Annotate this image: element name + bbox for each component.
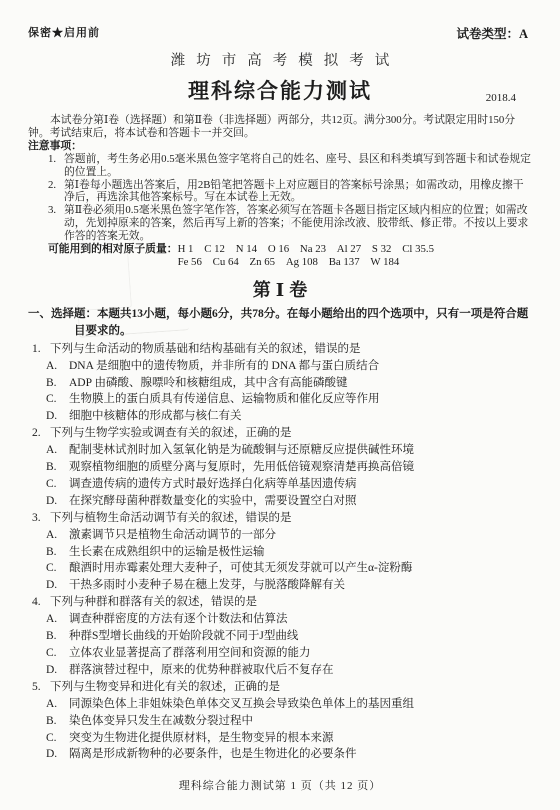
page-topbar: 保密★启用前 试卷类型：A: [0, 0, 560, 42]
note-item: 2. 第Ⅰ卷每小题选出答案后，用2B铅笔把答题卡上对应题目的答案标号涂黑；如需改…: [48, 179, 532, 205]
note-number: 1.: [48, 153, 64, 179]
exam-name: 潍坊市高考模拟考试: [0, 49, 560, 70]
question-stem: 3. 下列与植物生命活动调节有关的叙述，错误的是: [32, 510, 532, 527]
option-b: B. 观察植物细胞的质壁分离与复原时，先用低倍镜观察清楚再换高倍镜: [46, 459, 532, 476]
question-3: 3. 下列与植物生命活动调节有关的叙述，错误的是 A. 激素调节只是植物生命活动…: [28, 510, 532, 595]
title-row: 理科综合能力测试 2018.4: [0, 75, 560, 105]
option-text: 干热多雨时小麦种子易在穗上发芽，与脱落酸降解有关: [69, 577, 532, 594]
option-label: B.: [46, 459, 69, 476]
option-a: A. 配制斐林试剂时加入氢氧化钠是为硫酸铜与还原糖反应提供碱性环境: [46, 442, 532, 459]
option-label: C.: [46, 391, 69, 408]
option-label: A.: [46, 442, 69, 459]
option-label: B.: [46, 628, 69, 645]
question-number: 5.: [32, 679, 50, 696]
question-text: 下列与生物学实验或调查有关的叙述，正确的是: [50, 425, 532, 442]
question-text: 下列与生物变异和进化有关的叙述，正确的是: [50, 679, 532, 696]
option-text: 调查种群密度的方法有逐个计数法和估算法: [69, 611, 532, 628]
question-5: 5. 下列与生物变异和进化有关的叙述，正确的是 A. 同源染色体上非姐妹染色单体…: [28, 679, 532, 764]
page-footer: 理科综合能力测试第 1 页（共 12 页）: [0, 777, 560, 793]
option-a: A. 调查种群密度的方法有逐个计数法和估算法: [46, 611, 532, 628]
question-text: 下列与生命活动的物质基础和结构基础有关的叙述，错误的是: [50, 341, 532, 358]
note-text: 第Ⅱ卷必须用0.5毫米黑色签字笔作答，答案必须写在答题卡各题目指定区域内相应的位…: [64, 204, 532, 243]
option-text: 染色体变异只发生在减数分裂过程中: [69, 713, 532, 730]
option-label: C.: [46, 730, 69, 747]
option-label: D.: [46, 662, 69, 679]
security-notice: 保密★启用前: [28, 24, 100, 40]
question-text: 下列与种群和群落有关的叙述，错误的是: [50, 594, 532, 611]
atomic-mass-line2: Fe 56 Cu 64 Zn 65 Ag 108 Ba 137 W 184: [178, 256, 434, 269]
option-c: C. 生物膜上的蛋白质具有传递信息、运输物质和催化反应等作用: [46, 391, 532, 408]
exam-paper-page: 保密★启用前 试卷类型：A 潍坊市高考模拟考试 理科综合能力测试 2018.4 …: [0, 0, 560, 810]
atomic-mass-label: 可能用到的相对原子质量：: [48, 243, 178, 269]
option-text: 突变为生物进化提供原材料，是生物变异的根本来源: [69, 730, 532, 747]
option-c: C. 突变为生物进化提供原材料，是生物变异的根本来源: [46, 730, 532, 747]
question-stem: 5. 下列与生物变异和进化有关的叙述，正确的是: [32, 679, 532, 696]
option-text: 隔离是形成新物种的必要条件，也是生物进化的必要条件: [69, 746, 532, 763]
option-text: 生物膜上的蛋白质具有传递信息、运输物质和催化反应等作用: [69, 391, 532, 408]
section1-title: 第Ⅰ卷: [0, 276, 560, 302]
note-text: 第Ⅰ卷每小题选出答案后，用2B铅笔把答题卡上对应题目的答案标号涂黑；如需改动，用…: [64, 179, 532, 205]
question-number: 3.: [32, 510, 50, 527]
option-text: DNA 是细胞中的遗传物质，并非所有的 DNA 都与蛋白质结合: [69, 358, 532, 375]
option-c: C. 酿酒时用赤霉素处理大麦种子，可使其无须发芽就可以产生α-淀粉酶: [46, 560, 532, 577]
option-b: B. 生长素在成熟组织中的运输是极性运输: [46, 544, 532, 561]
option-text: ADP 由磷酸、腺嘌呤和核糖组成，其中含有高能磷酸键: [69, 375, 532, 392]
option-text: 酿酒时用赤霉素处理大麦种子，可使其无须发芽就可以产生α-淀粉酶: [69, 560, 532, 577]
question-2: 2. 下列与生物学实验或调查有关的叙述，正确的是 A. 配制斐林试剂时加入氢氧化…: [28, 425, 532, 510]
option-text: 在探究酵母菌种群数量变化的实验中，需要设置空白对照: [69, 493, 532, 510]
option-d: D. 干热多雨时小麦种子易在穗上发芽，与脱落酸降解有关: [46, 577, 532, 594]
option-text: 细胞中核糖体的形成都与核仁有关: [69, 408, 532, 425]
option-b: B. 种群S型增长曲线的开始阶段就不同于J型曲线: [46, 628, 532, 645]
question-number: 2.: [32, 425, 50, 442]
question-stem: 2. 下列与生物学实验或调查有关的叙述，正确的是: [32, 425, 532, 442]
note-item: 1. 答题前，考生务必用0.5毫米黑色签字笔将自己的姓名、座号、县区和科类填写到…: [48, 153, 532, 179]
atomic-mass-values: H 1 C 12 N 14 O 16 Na 23 Al 27 S 32 Cl 3…: [178, 243, 434, 269]
option-label: A.: [46, 611, 69, 628]
option-b: B. 染色体变异只发生在减数分裂过程中: [46, 713, 532, 730]
option-d: D. 细胞中核糖体的形成都与核仁有关: [46, 408, 532, 425]
exam-date: 2018.4: [486, 92, 516, 104]
option-text: 群落演替过程中，原来的优势种群被取代后不复存在: [69, 662, 532, 679]
option-text: 调查遗传病的遗传方式时最好选择白化病等单基因遗传病: [69, 476, 532, 493]
intro-paragraph: 本试卷分第Ⅰ卷（选择题）和第Ⅱ卷（非选择题）两部分，共12页。满分300分。考试…: [28, 114, 532, 140]
option-label: A.: [46, 696, 69, 713]
question-number: 4.: [32, 594, 50, 611]
page-title: 理科综合能力测试: [0, 75, 560, 105]
option-a: A. DNA 是细胞中的遗传物质，并非所有的 DNA 都与蛋白质结合: [46, 358, 532, 375]
option-label: B.: [46, 544, 69, 561]
question-stem: 1. 下列与生命活动的物质基础和结构基础有关的叙述，错误的是: [32, 341, 532, 358]
option-text: 生长素在成熟组织中的运输是极性运输: [69, 544, 532, 561]
option-label: C.: [46, 645, 69, 662]
note-number: 2.: [48, 179, 64, 205]
atomic-mass-line1: H 1 C 12 N 14 O 16 Na 23 Al 27 S 32 Cl 3…: [178, 243, 434, 256]
note-number: 3.: [48, 204, 64, 243]
option-a: A. 激素调节只是植物生命活动调节的一部分: [46, 527, 532, 544]
question-text: 下列与植物生命活动调节有关的叙述，错误的是: [50, 510, 532, 527]
option-text: 激素调节只是植物生命活动调节的一部分: [69, 527, 532, 544]
option-text: 配制斐林试剂时加入氢氧化钠是为硫酸铜与还原糖反应提供碱性环境: [69, 442, 532, 459]
option-text: 同源染色体上非姐妹染色单体交叉互换会导致染色单体上的基因重组: [69, 696, 532, 713]
option-c: C. 调查遗传病的遗传方式时最好选择白化病等单基因遗传病: [46, 476, 532, 493]
note-item: 3. 第Ⅱ卷必须用0.5毫米黑色签字笔作答，答案必须写在答题卡各题目指定区域内相…: [48, 204, 532, 243]
mc-instruction: 一、选择题：本题共13小题，每小题6分，共78分。在每小题给出的四个选项中，只有…: [28, 306, 532, 340]
paper-type-label: 试卷类型：A: [456, 24, 528, 42]
question-number: 1.: [32, 341, 50, 358]
option-label: B.: [46, 375, 69, 392]
option-label: D.: [46, 746, 69, 763]
option-label: B.: [46, 713, 69, 730]
multiple-choice-section: 一、选择题：本题共13小题，每小题6分，共78分。在每小题给出的四个选项中，只有…: [28, 306, 532, 763]
option-label: A.: [46, 358, 69, 375]
option-label: D.: [46, 493, 69, 510]
option-c: C. 立体农业显著提高了群落利用空间和资源的能力: [46, 645, 532, 662]
option-label: C.: [46, 560, 69, 577]
question-1: 1. 下列与生命活动的物质基础和结构基础有关的叙述，错误的是 A. DNA 是细…: [28, 341, 532, 426]
option-a: A. 同源染色体上非姐妹染色单体交叉互换会导致染色单体上的基因重组: [46, 696, 532, 713]
option-text: 观察植物细胞的质壁分离与复原时，先用低倍镜观察清楚再换高倍镜: [69, 459, 532, 476]
question-4: 4. 下列与种群和群落有关的叙述，错误的是 A. 调查种群密度的方法有逐个计数法…: [28, 594, 532, 679]
option-d: D. 在探究酵母菌种群数量变化的实验中，需要设置空白对照: [46, 493, 532, 510]
option-label: C.: [46, 476, 69, 493]
option-label: A.: [46, 527, 69, 544]
option-label: D.: [46, 408, 69, 425]
notes-title: 注意事项：: [28, 140, 532, 153]
option-text: 种群S型增长曲线的开始阶段就不同于J型曲线: [69, 628, 532, 645]
option-b: B. ADP 由磷酸、腺嘌呤和核糖组成，其中含有高能磷酸键: [46, 375, 532, 392]
option-d: D. 群落演替过程中，原来的优势种群被取代后不复存在: [46, 662, 532, 679]
option-d: D. 隔离是形成新物种的必要条件，也是生物进化的必要条件: [46, 746, 532, 763]
option-label: D.: [46, 577, 69, 594]
front-matter: 本试卷分第Ⅰ卷（选择题）和第Ⅱ卷（非选择题）两部分，共12页。满分300分。考试…: [28, 114, 532, 269]
note-text: 答题前，考生务必用0.5毫米黑色签字笔将自己的姓名、座号、县区和科类填写到答题卡…: [64, 153, 532, 179]
atomic-mass-block: 可能用到的相对原子质量： H 1 C 12 N 14 O 16 Na 23 Al…: [48, 243, 532, 269]
option-text: 立体农业显著提高了群落利用空间和资源的能力: [69, 645, 532, 662]
question-stem: 4. 下列与种群和群落有关的叙述，错误的是: [32, 594, 532, 611]
